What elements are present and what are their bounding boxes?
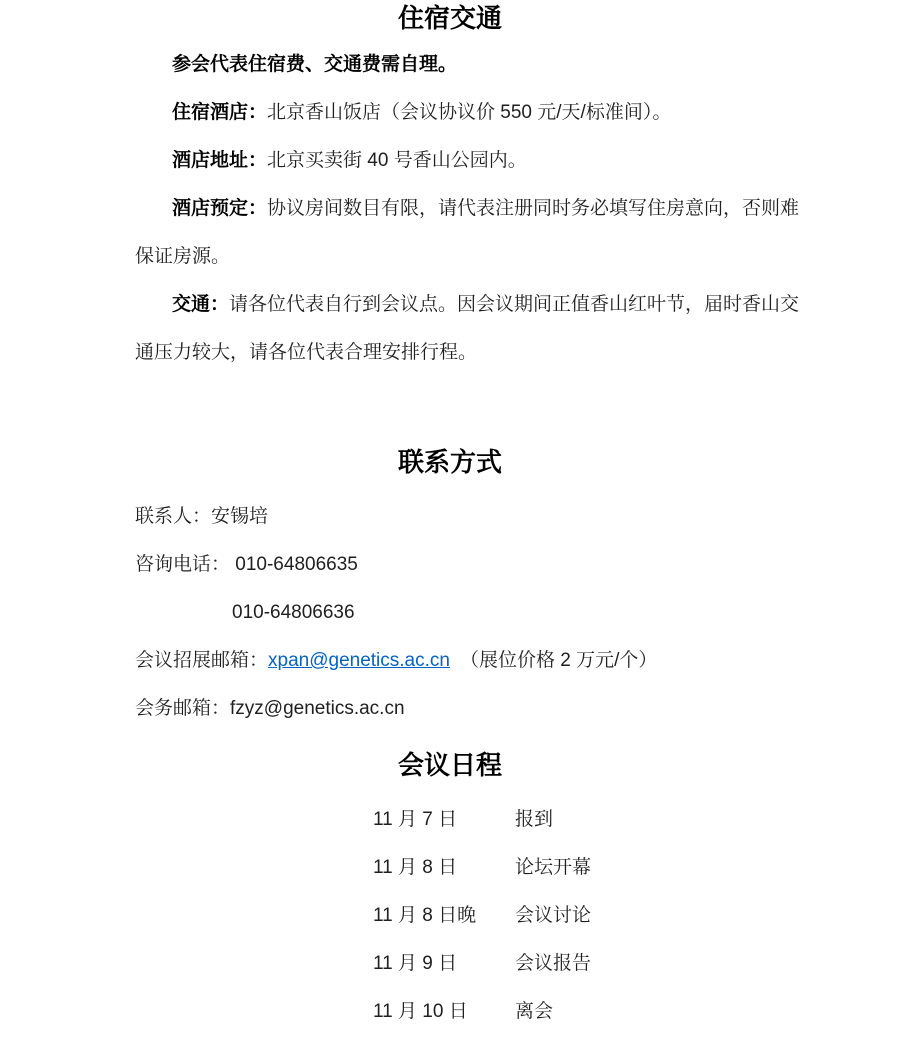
contact-person-line: 联系人：安锡培 — [135, 493, 765, 541]
hotel-booking-label: 酒店预定： — [172, 198, 267, 219]
hotel-address-paragraph: 酒店地址：北京买卖街 40 号香山公园内。 — [135, 137, 765, 185]
document-body: 住宿交通 参会代表住宿费、交通费需自理。 住宿酒店：北京香山饭店（会议协议价 5… — [0, 0, 900, 1036]
schedule-section: 11 月 7 日报到 11 月 8 日论坛开幕 11 月 8 日晚会议讨论 11… — [135, 796, 765, 1036]
hotel-label: 住宿酒店： — [172, 102, 267, 123]
exhibit-email-link[interactable]: xpan@genetics.ac.cn — [268, 650, 450, 671]
contact-phone-line-2: 010-64806636 — [135, 589, 765, 637]
schedule-event: 论坛开幕 — [515, 857, 591, 878]
contact-section-title: 联系方式 — [135, 447, 765, 477]
hotel-address-text: 北京买卖街 40 号香山公园内。 — [267, 150, 527, 171]
transport-paragraph-line2: 通压力较大，请各位代表合理安排行程。 — [135, 329, 765, 377]
schedule-event: 报到 — [515, 809, 553, 830]
schedule-row: 11 月 8 日晚会议讨论 — [373, 892, 765, 940]
transport-label: 交通： — [172, 294, 229, 315]
schedule-event: 离会 — [515, 1001, 553, 1022]
service-email-line: 会务邮箱：fzyz@genetics.ac.cn — [135, 685, 765, 733]
schedule-row: 11 月 10 日离会 — [373, 988, 765, 1036]
booth-price-note: （展位价格 2 万元/个） — [460, 650, 657, 671]
exhibit-email-line: 会议招展邮箱：xpan@genetics.ac.cn（展位价格 2 万元/个） — [135, 637, 765, 685]
exhibit-email-label: 会议招展邮箱： — [135, 650, 268, 671]
transport-text-line1: 请各位代表自行到会议点。因会议期间正值香山红叶节，届时香山交 — [229, 294, 799, 315]
contact-phone-line-1: 咨询电话： 010-64806635 — [135, 541, 765, 589]
schedule-event: 会议讨论 — [515, 905, 591, 926]
accommodation-section-title: 住宿交通 — [135, 0, 765, 33]
hotel-paragraph: 住宿酒店：北京香山饭店（会议协议价 550 元/天/标准间）。 — [135, 89, 765, 137]
schedule-date: 11 月 10 日 — [373, 988, 515, 1036]
schedule-date: 11 月 8 日 — [373, 844, 515, 892]
schedule-row: 11 月 7 日报到 — [373, 796, 765, 844]
schedule-date: 11 月 9 日 — [373, 940, 515, 988]
schedule-date: 11 月 8 日晚 — [373, 892, 515, 940]
transport-paragraph-line1: 交通：请各位代表自行到会议点。因会议期间正值香山红叶节，届时香山交 — [135, 281, 765, 329]
schedule-row: 11 月 9 日会议报告 — [373, 940, 765, 988]
schedule-event: 会议报告 — [515, 953, 591, 974]
fees-self-pay-paragraph: 参会代表住宿费、交通费需自理。 — [135, 41, 765, 89]
hotel-text: 北京香山饭店（会议协议价 550 元/天/标准间）。 — [267, 102, 671, 123]
hotel-address-label: 酒店地址： — [172, 150, 267, 171]
hotel-booking-paragraph-line1: 酒店预定：协议房间数目有限，请代表注册同时务必填写住房意向，否则难 — [135, 185, 765, 233]
schedule-date: 11 月 7 日 — [373, 796, 515, 844]
contact-section: 联系人：安锡培 咨询电话： 010-64806635 010-64806636 … — [135, 493, 765, 733]
document-page: 住宿交通 参会代表住宿费、交通费需自理。 住宿酒店：北京香山饭店（会议协议价 5… — [0, 0, 900, 1038]
schedule-row: 11 月 8 日论坛开幕 — [373, 844, 765, 892]
hotel-booking-text-line1: 协议房间数目有限，请代表注册同时务必填写住房意向，否则难 — [267, 198, 799, 219]
accommodation-section: 参会代表住宿费、交通费需自理。 住宿酒店：北京香山饭店（会议协议价 550 元/… — [135, 41, 765, 377]
schedule-section-title: 会议日程 — [135, 750, 765, 780]
hotel-booking-paragraph-line2: 保证房源。 — [135, 233, 765, 281]
